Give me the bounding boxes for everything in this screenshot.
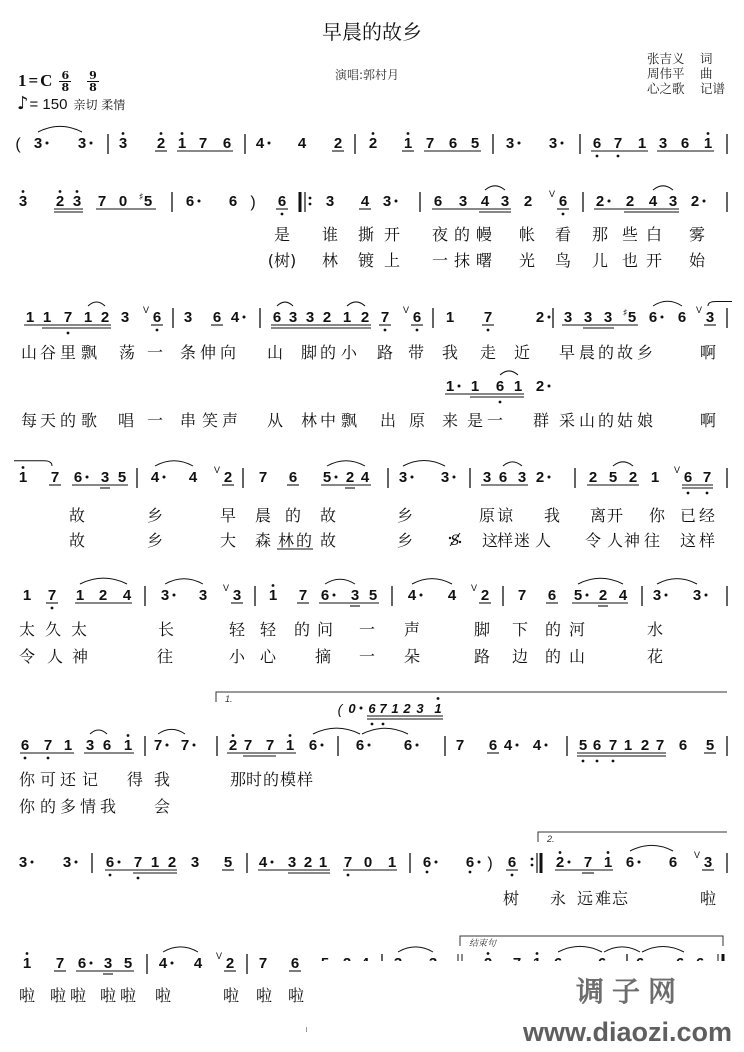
note-1: 1 (26, 309, 34, 326)
slur-arc (398, 947, 433, 952)
lyric-syllable: 伸 (200, 343, 216, 362)
note-3: 3 (199, 587, 207, 604)
slur-arc (485, 186, 505, 190)
note-6: 6 (499, 469, 507, 486)
note-2: 2 (536, 309, 544, 326)
note-6: 6 (649, 309, 657, 326)
volta-bracket (460, 936, 723, 946)
lyric-syllable: 姑 (617, 411, 633, 430)
note-1: 1 (391, 701, 398, 716)
augmentation-dot (518, 142, 521, 145)
note-5: 5 (144, 193, 152, 210)
lyric-syllable: 模 (280, 770, 296, 789)
octave-dot-low (67, 332, 70, 335)
breath-mark-icon: V (214, 465, 220, 475)
slur-arc (412, 579, 452, 584)
lyric-syllable: 娘 (637, 411, 653, 430)
note-3: 3 (184, 309, 192, 326)
note-6: 6 (626, 854, 634, 871)
note-0: 0 (119, 193, 127, 210)
lyric-syllable: 出 (380, 411, 396, 430)
augmentation-dot (545, 744, 548, 747)
lyric-syllable: 雾 (689, 225, 705, 244)
augmentation-dot (171, 962, 174, 965)
lyrics-verse-1: 树永远难忘啦 (503, 889, 716, 908)
note-3: 3 (63, 854, 71, 871)
lyric-syllable: 难 (595, 889, 611, 908)
octave-dot-high (289, 734, 292, 737)
note-4: 4 (619, 587, 628, 604)
score-system: 1171236V36463321276V1723335♯663V11612山谷里… (21, 301, 732, 430)
note-2: 2 (226, 955, 234, 972)
lyric-syllable: 天 (40, 411, 56, 430)
slur-arc (38, 126, 82, 132)
lyric-syllable: 一 (359, 620, 375, 639)
note-2: 2 (56, 193, 64, 210)
lyric-syllable: 上 (384, 251, 400, 270)
lyric-syllable: 路 (474, 647, 490, 666)
octave-dot-low (51, 607, 54, 610)
slur-arc (90, 730, 107, 734)
note-3: 3 (518, 469, 526, 486)
lyric-syllable: 我 (100, 797, 116, 816)
lyric-syllable: (树) (268, 251, 297, 270)
lyric-syllable: 的 (454, 225, 470, 244)
segno-dot (449, 537, 451, 539)
note-7: 7 (259, 955, 267, 972)
note-2: 2 (323, 309, 331, 326)
note-6: 6 (106, 854, 114, 871)
lyric-syllable: 晨 (255, 506, 271, 525)
note-7: 7 (259, 469, 267, 486)
augmentation-dot (608, 200, 611, 203)
lyric-syllable: 啦 (223, 986, 239, 1005)
octave-dot-high (22, 190, 25, 193)
lyric-syllable: 往 (644, 531, 660, 550)
lyric-syllable: 一 (147, 343, 163, 362)
note-6: 6 (289, 469, 297, 486)
note-5: 5 (574, 587, 582, 604)
note-6: 6 (21, 737, 29, 754)
lyric-syllable: 儿 (592, 251, 608, 270)
lyrics-verse-1: 是谁撕开夜的幔帐看那些白雾 (274, 225, 705, 244)
note-3: 3 (161, 587, 169, 604)
note-7: 7 (48, 587, 56, 604)
lyric-syllable: 边 (512, 647, 528, 666)
lyric-syllable: 心 (260, 647, 277, 666)
augmentation-dot (268, 142, 271, 145)
lyric-syllable: 时 (246, 770, 262, 789)
slur-arc (88, 302, 105, 306)
note-4: 4 (256, 135, 265, 152)
lyric-syllable: 些 (622, 225, 638, 244)
note-1: 1 (84, 309, 92, 326)
lyric-syllable: 谷 (40, 343, 56, 362)
octave-dot-high (272, 584, 275, 587)
note-4: 4 (231, 309, 240, 326)
note-6: 6 (681, 135, 689, 152)
note-6: 6 (213, 309, 221, 326)
note-3: 3 (191, 854, 199, 871)
note-7: 7 (379, 701, 387, 716)
note-4: 4 (194, 955, 203, 972)
slur-arc (158, 729, 185, 734)
lyric-syllable: 的 (60, 411, 76, 430)
octave-dot-low (416, 329, 419, 332)
octave-dot-high (22, 466, 25, 469)
note-2: 2 (641, 737, 649, 754)
lyric-syllable: 那 (592, 225, 608, 244)
note-3: 3 (441, 469, 449, 486)
note-6: 6 (153, 309, 161, 326)
lyric-syllable: 得 (127, 770, 143, 789)
note-2: 2 (157, 135, 165, 152)
octave-dot-high (181, 132, 184, 135)
augmentation-dot (90, 142, 93, 145)
note-3: 3 (584, 309, 592, 326)
lyric-syllable: 抹 (454, 251, 470, 270)
lyric-syllable: 的 (263, 770, 279, 789)
slur-arc (347, 302, 365, 306)
lyric-syllable: 太 (19, 620, 35, 639)
note-1: 1 (76, 587, 84, 604)
augmentation-dot (548, 316, 551, 319)
slur-arc (155, 461, 193, 466)
augmentation-dot (548, 476, 551, 479)
lyric-syllable: 啊 (700, 411, 716, 430)
note-7: 7 (484, 309, 492, 326)
lyric-syllable: 的 (545, 620, 561, 639)
note-3: 3 (121, 309, 129, 326)
note-7: 7 (44, 737, 52, 754)
lyric-syllable: 唱 (118, 411, 134, 430)
lyric-syllable: 小 (341, 343, 358, 362)
note-4: 4 (481, 193, 490, 210)
note-1: 1 (319, 854, 327, 871)
note-3: 3 (659, 135, 667, 152)
note-3: 3 (383, 193, 391, 210)
slur-arc (708, 302, 732, 306)
slur-arc (630, 845, 673, 851)
lyric-syllable: 迷 (514, 531, 530, 550)
note-1: 1 (343, 309, 351, 326)
note-3: 3 (564, 309, 572, 326)
lyric-syllable: 脚 (474, 620, 490, 639)
lyric-syllable: 来 (442, 411, 458, 430)
note-6: 6 (496, 378, 504, 395)
lyric-syllable: 啦 (288, 986, 304, 1005)
lyric-syllable: 一 (147, 411, 163, 430)
octave-dot-high (127, 734, 130, 737)
augmentation-dot (75, 861, 78, 864)
score-system: 671361772771666764456712765(06712311.你可还… (19, 692, 727, 816)
octave-dot-low (382, 723, 385, 726)
breath-mark-icon: V (223, 583, 229, 593)
augmentation-dot (420, 594, 423, 597)
lyric-syllable: 啦 (700, 889, 716, 908)
note-5: 5 (609, 469, 617, 486)
score-system: (33321764422176533671361 (15, 126, 727, 157)
lyric-syllable: 开 (384, 225, 400, 244)
lyrics-verse-2: (树)林镀上一抹曙光鸟儿也开始 (268, 251, 706, 270)
lyric-syllable: 一 (487, 411, 503, 430)
lyric-syllable: 啦 (50, 986, 66, 1005)
open-paren: ( (338, 701, 344, 717)
note-6: 6 (559, 193, 567, 210)
lyric-syllable: 花 (647, 647, 663, 666)
augmentation-dot (661, 316, 664, 319)
breath-mark-icon: V (143, 305, 149, 315)
lyric-syllable: 人 (607, 531, 623, 550)
octave-dot-high (559, 851, 562, 854)
lyric-syllable: 永 (550, 889, 566, 908)
lyric-syllable: 人 (535, 531, 551, 550)
note-2: 2 (101, 309, 109, 326)
lyric-syllable: 原 (409, 411, 425, 430)
lyric-syllable: 摘 (315, 647, 331, 666)
lyric-syllable: 始 (689, 251, 706, 270)
note-2: 2 (596, 193, 604, 210)
note-6: 6 (684, 469, 692, 486)
note-3: 3 (19, 193, 27, 210)
octave-dot-low (281, 213, 284, 216)
volta-label: 结束句 (469, 938, 497, 948)
note-7: 7 (456, 737, 464, 754)
note-6: 6 (669, 854, 677, 871)
augmentation-dot (198, 200, 201, 203)
note-1: 1 (124, 737, 132, 754)
lyric-syllable: 问 (317, 620, 333, 639)
slur-arc (313, 728, 360, 734)
octave-dot-low (156, 329, 159, 332)
lyric-syllable: 会 (154, 797, 170, 816)
lyric-syllable: 是 (467, 411, 483, 430)
lyric-syllable: 令 (585, 531, 601, 550)
note-1: 1 (23, 587, 31, 604)
lyric-syllable: 近 (514, 343, 530, 362)
lyric-syllable: 山 (267, 343, 283, 362)
note-5: 5 (118, 469, 126, 486)
octave-dot-high (160, 132, 163, 135)
lyric-syllable: 还 (60, 770, 77, 789)
note-4: 4 (649, 193, 658, 210)
note-7: 7 (703, 469, 711, 486)
octave-dot-high (122, 132, 125, 135)
lyric-syllable: 的 (296, 531, 312, 550)
volta-label: 2. (546, 834, 555, 844)
note-6: 6 (449, 135, 457, 152)
note-3: 3 (289, 309, 297, 326)
lyric-syllable: 轻 (229, 620, 246, 639)
lyric-syllable: 大 (220, 531, 236, 550)
lyric-syllable: 久 (45, 620, 61, 639)
augmentation-dot (46, 142, 49, 145)
open-paren: ( (15, 136, 21, 153)
octave-dot-low (612, 760, 615, 763)
lyric-syllable: 乡 (147, 531, 163, 550)
note-1: 1 (19, 469, 27, 486)
octave-dot-low (24, 757, 27, 760)
slur-arc (613, 462, 633, 466)
lyric-syllable: 条 (180, 343, 196, 362)
note-3: 3 (19, 854, 27, 871)
note-6: 6 (404, 737, 412, 754)
octave-dot-low (511, 874, 514, 877)
lyric-syllable: 群 (533, 411, 549, 430)
note-2: 2 (629, 469, 637, 486)
note-6: 6 (291, 955, 299, 972)
octave-dot-low (347, 874, 350, 877)
lyric-syllable: 一 (359, 647, 375, 666)
augmentation-dot (638, 861, 641, 864)
note-1: 1 (704, 135, 712, 152)
lyric-syllable: 样 (497, 531, 513, 550)
note-2: 2 (589, 469, 597, 486)
note-6: 6 (508, 854, 516, 871)
lyric-syllable: 我 (154, 770, 170, 789)
lyric-syllable: 谅 (497, 506, 514, 525)
lyric-syllable: 幔 (476, 225, 492, 244)
note-3: 3 (653, 587, 661, 604)
lyric-syllable: 向 (220, 343, 236, 362)
lyric-syllable: 这 (680, 531, 696, 550)
note-2: 2 (536, 469, 544, 486)
lyric-syllable: 夜 (432, 225, 448, 244)
note-3: 3 (506, 135, 514, 152)
note-6: 6 (356, 737, 364, 754)
note-3: 3 (706, 309, 714, 326)
note-2: 2 (599, 587, 607, 604)
augmentation-dot (561, 142, 564, 145)
note-2: 2 (524, 193, 532, 210)
note-3: 3 (78, 135, 86, 152)
augmentation-dot (31, 861, 34, 864)
note-6: 6 (278, 193, 286, 210)
close-paren: ) (250, 194, 255, 211)
lyric-syllable: 故 (69, 531, 85, 550)
slur-arc (558, 946, 602, 952)
lyric-syllable: 啦 (70, 986, 86, 1005)
octave-dot-high (232, 734, 235, 737)
slur-arc (362, 728, 408, 734)
lyric-syllable: 带 (408, 343, 424, 362)
volta-bracket (538, 832, 727, 842)
note-3: 3 (549, 135, 557, 152)
note-3: 3 (483, 469, 491, 486)
note-1: 1 (178, 135, 186, 152)
lyric-syllable: 林 (301, 411, 317, 430)
note-5: 5 (323, 469, 331, 486)
note-5: 5 (124, 955, 132, 972)
note-2: 2 (334, 135, 342, 152)
note-1: 1 (651, 469, 659, 486)
note-7: 7 (154, 737, 162, 754)
note-2: 2 (361, 309, 369, 326)
lyric-syllable: 啦 (120, 986, 136, 1005)
octave-dot-low (596, 155, 599, 158)
lyric-syllable: 镀 (358, 251, 374, 270)
augmentation-dot (705, 594, 708, 597)
slur-arc (14, 461, 52, 466)
lyric-syllable: 这 (482, 531, 498, 550)
note-3: 3 (351, 587, 359, 604)
octave-dot-low (687, 492, 690, 495)
lyric-syllable: 声 (404, 620, 420, 639)
lyric-syllable: 长 (158, 620, 174, 639)
note-7: 7 (381, 309, 389, 326)
note-4: 4 (123, 587, 132, 604)
lyric-syllable: 神 (72, 647, 88, 666)
note-3: 3 (326, 193, 334, 210)
volta-label: 1. (225, 694, 233, 704)
octave-dot-high (76, 190, 79, 193)
note-2: 2 (402, 701, 411, 716)
note-2: 2 (229, 737, 237, 754)
slur-arc (578, 578, 623, 584)
note-7: 7 (56, 955, 64, 972)
octave-dot-low (371, 723, 374, 726)
note-2: 2 (481, 587, 489, 604)
lyric-syllable: 已 (680, 506, 696, 525)
lyric-syllable: 鸟 (555, 251, 571, 270)
lyric-syllable: 早 (220, 506, 236, 525)
augmentation-dot (86, 476, 89, 479)
note-3: 3 (86, 737, 94, 754)
note-1: 1 (471, 378, 479, 395)
slur-arc (653, 186, 673, 190)
note-4: 4 (298, 135, 307, 152)
repeat-dot (309, 203, 312, 206)
note-6: 6 (548, 587, 556, 604)
sharp-icon: ♯ (623, 308, 628, 319)
note-1: 1 (604, 854, 612, 871)
lyric-syllable: 谁 (322, 225, 338, 244)
lyric-syllable: 光 (519, 251, 535, 270)
augmentation-dot (321, 744, 324, 747)
augmentation-dot (271, 861, 274, 864)
lyric-syllable: 笑 (202, 411, 218, 430)
octave-dot-low (137, 877, 140, 880)
note-3: 3 (73, 193, 81, 210)
octave-dot-high (372, 132, 375, 135)
note-6: 6 (273, 309, 281, 326)
note-7: 7 (609, 737, 617, 754)
lyric-syllable: 的 (294, 620, 310, 639)
note-6: 6 (466, 854, 474, 871)
lyric-syllable: 脚 (301, 343, 317, 362)
slur-arc (604, 947, 640, 952)
note-1: 1 (286, 737, 294, 754)
lyrics-verse-1: 你可还记得我那时的模样 (19, 770, 313, 789)
lyric-syllable: 样 (297, 770, 313, 789)
lyric-syllable: 路 (377, 343, 393, 362)
note-4: 4 (259, 854, 268, 871)
lyric-syllable: 的 (598, 411, 614, 430)
lyric-syllable: 故 (69, 506, 85, 525)
lyric-syllable: 森 (255, 531, 271, 550)
note-1: 1 (64, 737, 72, 754)
note-3: 3 (501, 193, 509, 210)
note-2: 2 (556, 854, 564, 871)
note-4: 4 (361, 469, 370, 486)
note-0: 0 (348, 701, 356, 716)
octave-dot-high (437, 697, 440, 700)
note-6: 6 (229, 193, 237, 210)
lyric-syllable: 走 (480, 343, 496, 362)
note-3: 3 (459, 193, 467, 210)
augmentation-dot (568, 861, 571, 864)
note-7: 7 (51, 469, 59, 486)
